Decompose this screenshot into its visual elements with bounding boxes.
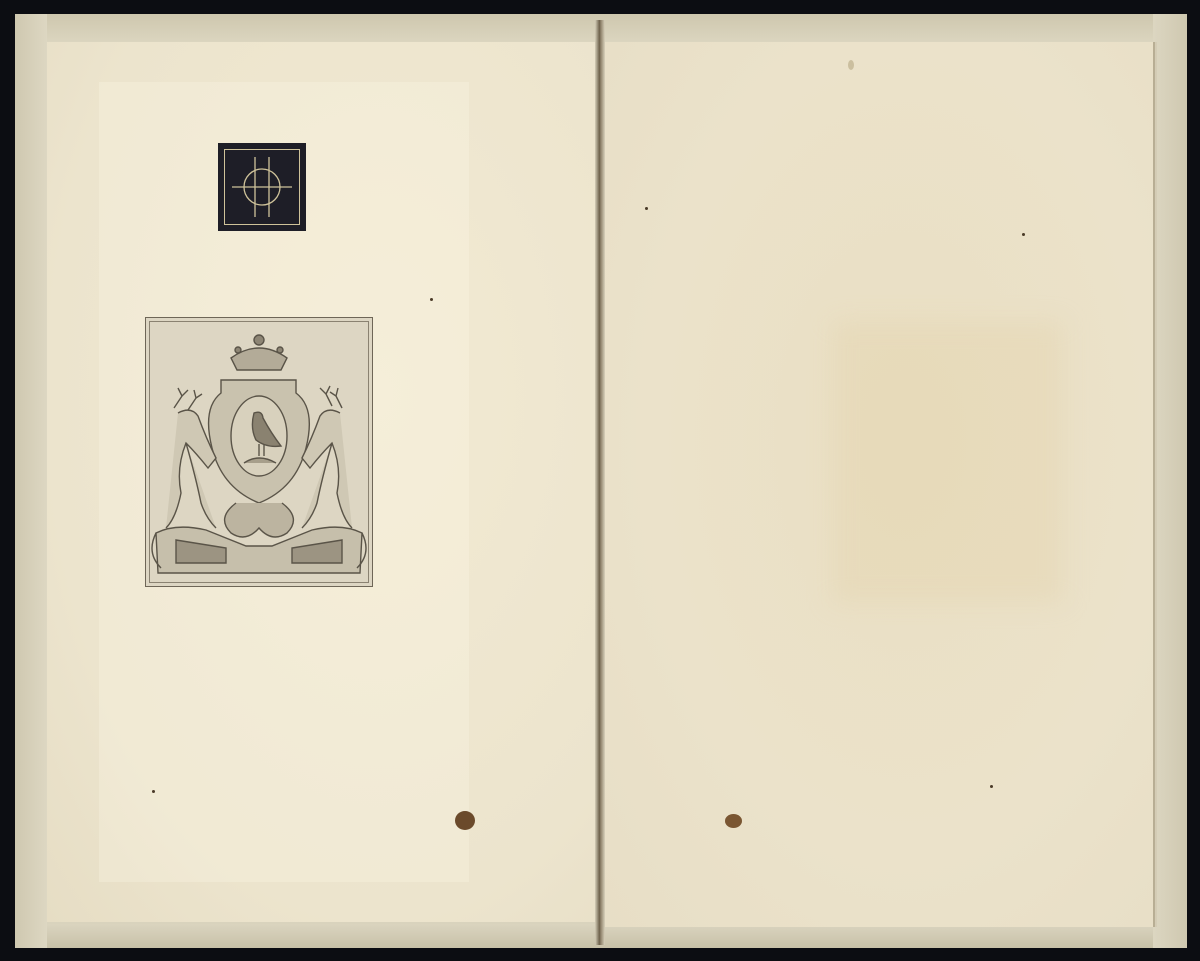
foxing-dot (990, 785, 993, 788)
left-page-stain (455, 811, 475, 830)
cover-turn-in-right (1153, 14, 1187, 948)
right-page-stain (725, 814, 742, 828)
cover-turn-in-left (15, 14, 47, 948)
foxing-dot (645, 207, 648, 210)
right-flyleaf-page (603, 42, 1153, 927)
monogram-bookplate (218, 143, 306, 231)
coat-of-arms-engraving-icon (146, 318, 372, 586)
armorial-bookplate (145, 317, 373, 587)
foxing-dot (1022, 233, 1025, 236)
circle-cross-monogram-icon (218, 143, 306, 231)
foxing-dot (848, 60, 854, 70)
foxing-dot (152, 790, 155, 793)
book-gutter-spine (595, 20, 605, 945)
foxing-dot (430, 298, 433, 301)
foxing-area (833, 322, 1063, 602)
